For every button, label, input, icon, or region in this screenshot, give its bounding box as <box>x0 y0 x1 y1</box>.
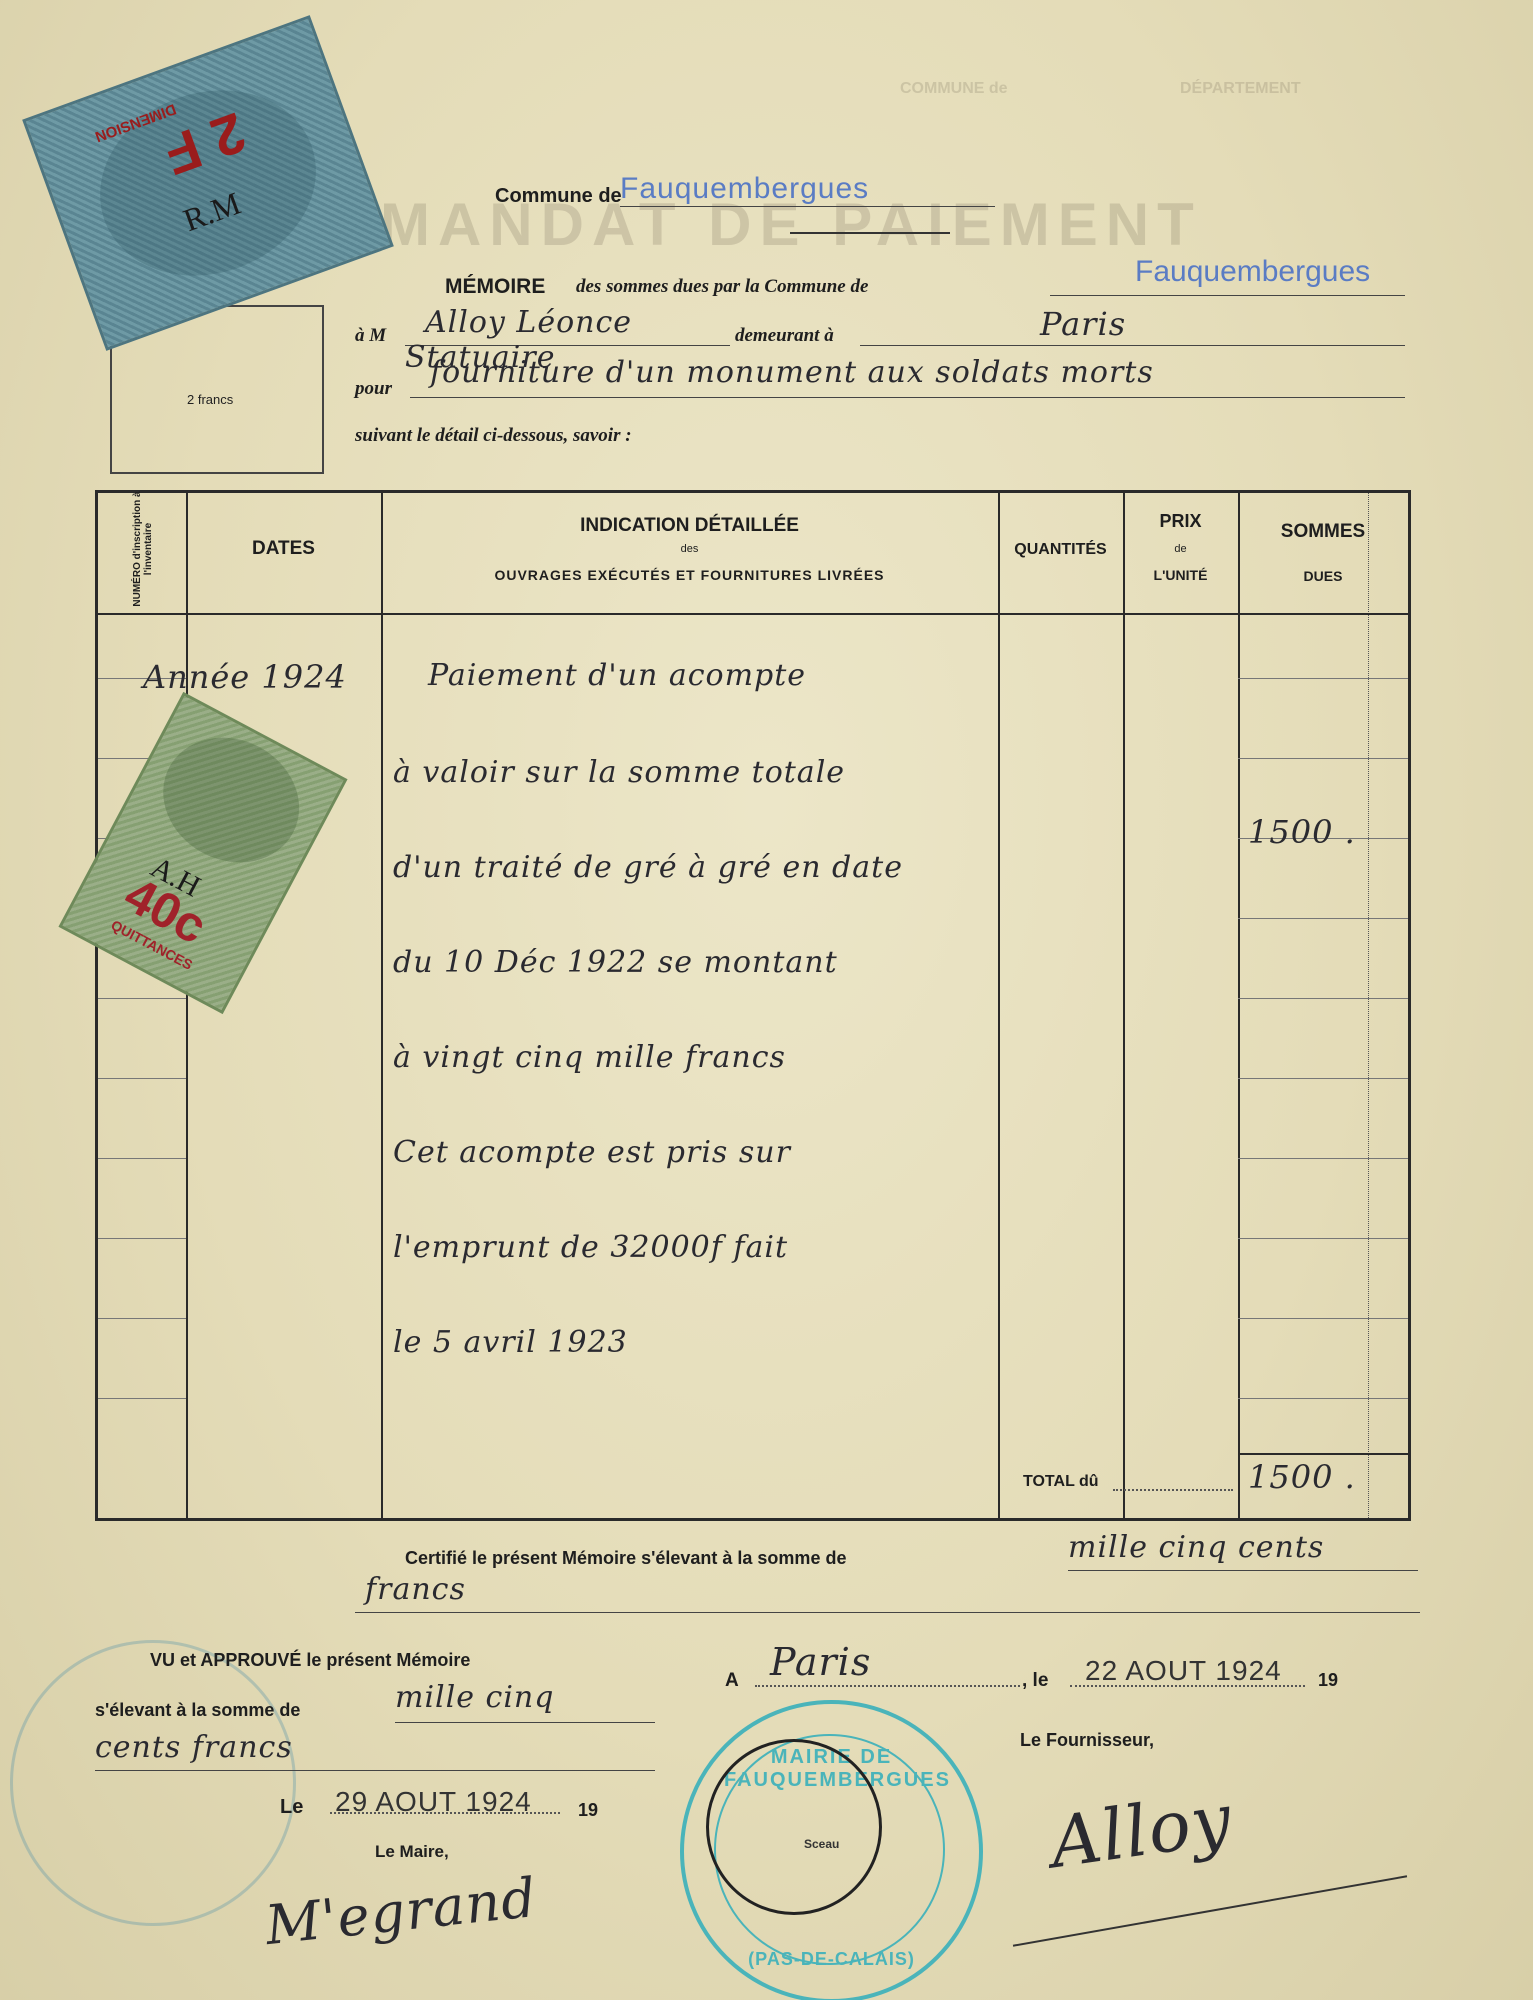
approval-date-stamp: 29 AOUT 1924 <box>335 1786 532 1818</box>
line-5: à vingt cinq mille francs <box>393 1040 786 1075</box>
commune-label: Commune de <box>495 185 622 208</box>
line-1: Paiement d'un acompte <box>428 658 806 693</box>
commune-value: Fauquembergues <box>620 172 869 205</box>
demeurant-value: Paris <box>1040 305 1126 343</box>
bleed-through-departement: DÉPARTEMENT <box>1180 80 1301 98</box>
header-indication-des: des <box>381 543 998 555</box>
title-rule <box>790 232 950 234</box>
suivant-label: suivant le détail ci-dessous, savoir : <box>355 425 632 447</box>
approval-line-1: VU et APPROUVÉ le présent Mémoire <box>150 1650 470 1671</box>
header-sommes-dues: DUES <box>1238 568 1408 584</box>
memoire-label: MÉMOIRE <box>445 275 545 299</box>
row-rule <box>1238 758 1408 759</box>
seal-sceau-label: Sceau <box>804 1837 839 1851</box>
a-m-label: à M <box>355 325 386 347</box>
detail-table: NUMÉRO d'inscription à l'inventaire DATE… <box>95 490 1411 1521</box>
row-rule <box>1238 1238 1408 1239</box>
col-divider <box>998 493 1000 1518</box>
approval-le-label: Le <box>280 1796 303 1819</box>
memoire-text: des sommes dues par la Commune de <box>576 276 868 298</box>
supplier-a-label: A <box>725 1670 739 1692</box>
line-2: à valoir sur la somme totale <box>393 755 845 790</box>
header-dates: DATES <box>186 538 381 560</box>
header-numero: NUMÉRO d'inscription à l'inventaire <box>132 489 154 609</box>
header-prix: PRIX <box>1123 511 1238 532</box>
bleed-through-commune: COMMUNE de <box>900 80 1008 98</box>
memoire-commune-field: Fauquembergues <box>1050 255 1405 296</box>
pour-field: fourniture d'un monument aux soldats mor… <box>410 355 1405 398</box>
col-divider-cents <box>1368 493 1369 1518</box>
amount-value: 1500 . <box>1248 813 1356 851</box>
supplier-place: Paris <box>770 1640 871 1684</box>
line-7: l'emprunt de 32000f fait <box>393 1230 788 1265</box>
certification-amount-words-2: francs <box>365 1572 466 1607</box>
row-rule <box>98 1398 186 1399</box>
stamp-portrait <box>74 61 342 305</box>
line-4: du 10 Déc 1922 se montant <box>393 945 838 980</box>
pour-label: pour <box>355 378 392 400</box>
row-rule <box>1238 998 1408 999</box>
header-prix-unite: L'UNITÉ <box>1123 567 1238 583</box>
col-divider <box>1123 493 1125 1518</box>
mairie-seal: MAIRIE DE FAUQUEMBERGUES (PAS-DE-CALAIS)… <box>680 1700 983 2000</box>
date-value: Année 1924 <box>143 658 347 696</box>
commune-field: Fauquembergues <box>620 172 995 207</box>
row-rule <box>1238 1398 1408 1399</box>
maire-signature: M'egrand <box>262 1866 539 1957</box>
row-rule <box>1238 678 1408 679</box>
signature-flourish <box>1013 1875 1407 1946</box>
pour-value: fourniture d'un monument aux soldats mor… <box>430 355 1154 390</box>
supplier-le-label: , le <box>1022 1670 1048 1692</box>
row-rule <box>1238 918 1408 919</box>
approval-amount-words-1: mille cinq <box>395 1680 554 1715</box>
line-6: Cet acompte est pris sur <box>393 1135 791 1170</box>
demeurant-label: demeurant à <box>735 325 834 347</box>
header-indication-title: INDICATION DÉTAILLÉE <box>381 515 998 537</box>
approval-amount-field-1: mille cinq <box>395 1680 655 1723</box>
faint-seal <box>10 1640 296 1926</box>
supplier-year-suffix: 19 <box>1318 1670 1338 1691</box>
seal-hand-circle <box>706 1739 882 1915</box>
row-rule <box>1238 1078 1408 1079</box>
header-prix-de: de <box>1123 543 1238 555</box>
header-divider <box>98 613 1408 615</box>
seal-text-bottom: (PAS-DE-CALAIS) <box>704 1949 959 1970</box>
col-divider <box>186 493 188 1518</box>
header-quantites: QUANTITÉS <box>998 541 1123 559</box>
header-indication-sub: OUVRAGES EXÉCUTÉS ET FOURNITURES LIVRÉES <box>381 567 998 583</box>
certification-text: Certifié le présent Mémoire s'élevant à … <box>405 1548 846 1569</box>
approval-year-suffix: 19 <box>578 1800 598 1821</box>
row-rule <box>98 998 186 999</box>
line-3: d'un traité de gré à gré en date <box>393 850 903 885</box>
stamp-under-text: 2 francs <box>187 392 233 407</box>
row-rule <box>1238 1158 1408 1159</box>
row-rule <box>98 1238 186 1239</box>
fiscal-stamp-2f: 2 F DIMENSION R.M <box>22 15 394 351</box>
header-sommes: SOMMES <box>1238 521 1408 543</box>
col-divider <box>381 493 383 1518</box>
certification-amount-field-1: mille cinq cents <box>1068 1530 1418 1571</box>
demeurant-field: Paris <box>860 305 1405 346</box>
certification-amount-words-1: mille cinq cents <box>1068 1530 1324 1565</box>
line-8: le 5 avril 1923 <box>393 1325 628 1360</box>
approval-amount-words-2: cents francs <box>95 1730 293 1765</box>
row-rule <box>98 1318 186 1319</box>
certification-amount-field-2: francs <box>355 1572 1420 1613</box>
supplier-signature: Alloy <box>1045 1778 1237 1885</box>
row-rule <box>98 1078 186 1079</box>
supplier-date-stamp: 22 AOUT 1924 <box>1085 1655 1282 1687</box>
total-divider <box>1238 1453 1408 1455</box>
row-rule <box>1238 1318 1408 1319</box>
total-label: TOTAL dû <box>1023 1473 1099 1491</box>
approval-amount-field-2: cents francs <box>95 1730 655 1771</box>
memoire-commune-value: Fauquembergues <box>1135 255 1370 288</box>
fournisseur-label: Le Fournisseur, <box>1020 1730 1154 1751</box>
total-leader <box>1113 1489 1233 1491</box>
supplier-place-leader <box>755 1685 1020 1687</box>
approval-line-2: s'élevant à la somme de <box>95 1700 300 1721</box>
payee-field: Alloy Léonce Statuaire <box>405 305 730 346</box>
total-value: 1500 . <box>1248 1458 1356 1496</box>
row-rule <box>98 1158 186 1159</box>
col-divider <box>1238 493 1240 1518</box>
maire-label: Le Maire, <box>375 1842 449 1862</box>
